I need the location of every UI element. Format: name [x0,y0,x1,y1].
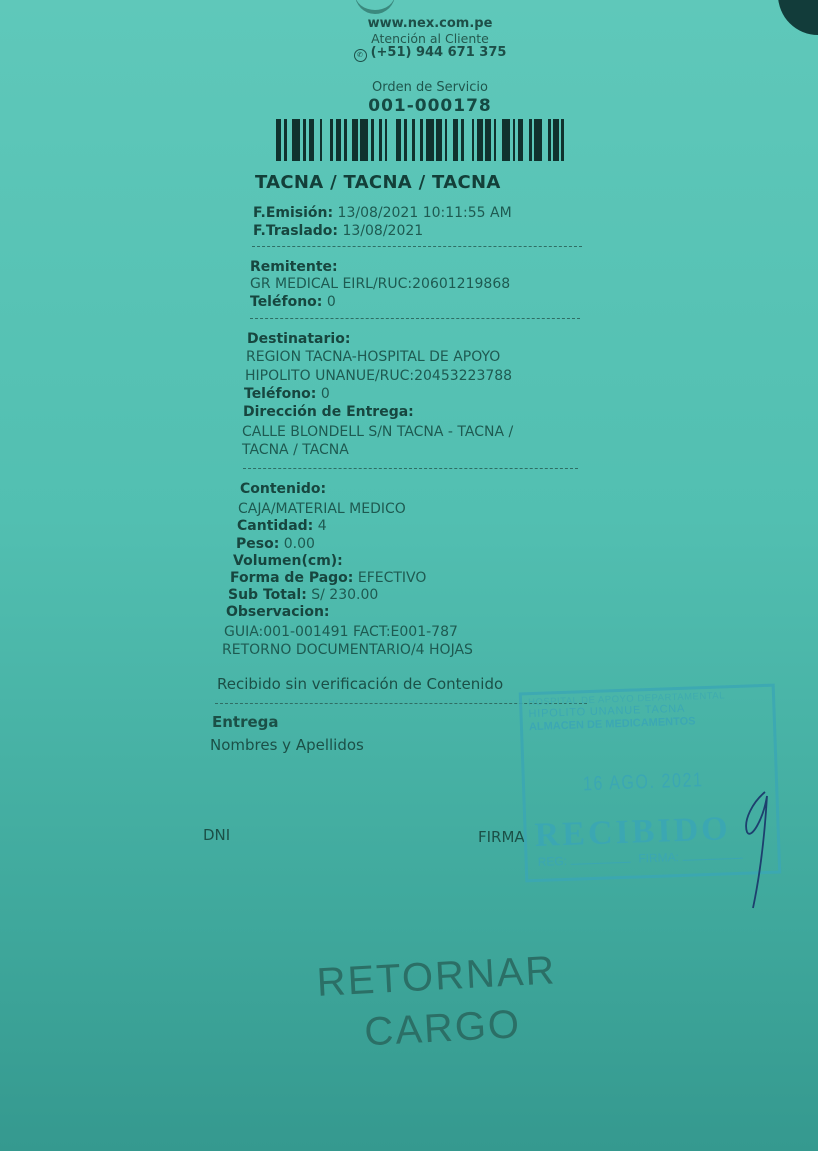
quantity: Cantidad: 4 [237,518,327,534]
phone-number: (+51) 944 671 375 [371,45,507,60]
order-label: Orden de Servicio [300,80,560,95]
volume-label: Volumen(cm): [233,553,343,569]
divider [252,246,582,247]
sender-name: GR MEDICAL EIRL/RUC:20601219868 [250,276,510,292]
stamp-reg-label: REG: [537,854,567,869]
content-value: CAJA/MATERIAL MEDICO [238,501,406,517]
delivery-address-line2: TACNA / TACNA [242,442,349,458]
barcode-icon [276,119,570,161]
content-label: Contenido: [240,481,326,497]
return-cargo-stamp: RETORNAR CARGO [315,943,580,1060]
transfer-date-value: 13/08/2021 [342,223,423,239]
issue-date: F.Emisión: 13/08/2021 10:11:55 AM [253,205,512,221]
quantity-value: 4 [318,518,327,534]
dni-field-label: DNI [203,826,230,844]
subtotal-value: S/ 230.00 [311,587,378,603]
stamp-date: 16 AGO. 2021 [583,769,704,796]
volume: Volumen(cm): [233,553,343,569]
payment-method-label: Forma de Pago: [230,570,353,586]
company-logo-icon [355,0,395,14]
observation-line1: GUIA:001-001491 FACT:E001-787 [224,624,458,640]
observation-label: Observacion: [226,604,330,620]
payment-method-value: EFECTIVO [358,570,427,586]
subtotal-label: Sub Total: [228,587,307,603]
delivery-address-line1: CALLE BLONDELL S/N TACNA - TACNA / [242,424,513,440]
order-number: 001-000178 [300,96,560,116]
observation-line2: RETORNO DOCUMENTARIO/4 HOJAS [222,642,473,658]
quantity-label: Cantidad: [237,518,313,534]
whatsapp-icon: ✆ [354,49,367,62]
sender-label: Remitente: [250,259,338,275]
delivery-label: Entrega [212,713,279,731]
divider [243,468,578,469]
transfer-date: F.Traslado: 13/08/2021 [253,223,423,239]
recipient-phone-value: 0 [321,386,330,402]
weight-value: 0.00 [284,536,315,552]
sender-phone-label: Teléfono: [250,294,322,310]
divider [250,318,580,319]
weight: Peso: 0.00 [236,536,315,552]
transfer-date-label: F.Traslado: [253,223,338,239]
customer-service-label: Atención al Cliente [300,31,560,46]
customer-service-phone: ✆(+51) 944 671 375 [300,45,560,62]
issue-date-label: F.Emisión: [253,205,333,221]
weight-label: Peso: [236,536,279,552]
subtotal: Sub Total: S/ 230.00 [228,587,378,603]
sender-phone: Teléfono: 0 [250,294,336,310]
payment-method: Forma de Pago: EFECTIVO [230,570,426,586]
issue-date-value: 13/08/2021 10:11:55 AM [338,205,512,221]
sender-phone-value: 0 [327,294,336,310]
recipient-phone-label: Teléfono: [244,386,316,402]
recipient-phone: Teléfono: 0 [244,386,330,402]
stamp-firma-label: FIRMA: [638,850,679,865]
company-website: www.nex.com.pe [300,16,560,31]
route-title: TACNA / TACNA / TACNA [255,172,501,193]
recipient-label: Destinatario: [247,331,350,347]
service-order-ticket: www.nex.com.pe Atención al Cliente ✆(+51… [0,0,818,1151]
no-verification-notice: Recibido sin verificación de Contenido [217,675,503,693]
recipient-name-line1: REGION TACNA-HOSPITAL DE APOYO [246,349,500,365]
names-field-label: Nombres y Apellidos [210,736,364,754]
delivery-address-label: Dirección de Entrega: [243,404,414,420]
handwritten-signature-icon [735,790,775,910]
recipient-name-line2: HIPOLITO UNANUE/RUC:20453223788 [245,368,512,384]
signature-field-label: FIRMA [478,828,525,846]
